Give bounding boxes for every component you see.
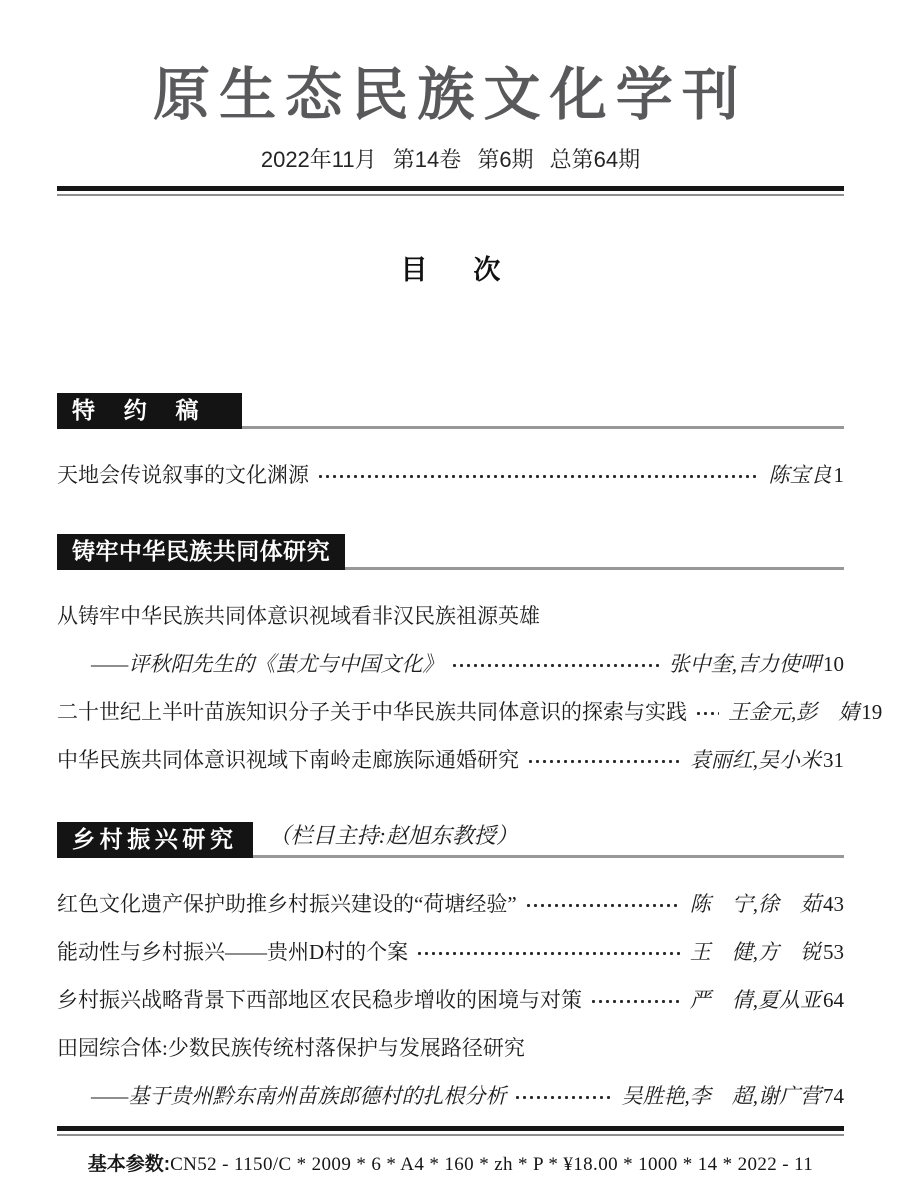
- toc-entry: 天地会传说叙事的文化渊源 陈宝良 1: [57, 460, 844, 490]
- section-host-note: （栏目主持:赵旭东教授）: [269, 819, 518, 855]
- entry-page-number: 64: [823, 985, 844, 1015]
- entry-title: 田园综合体:少数民族传统村落保护与发展路径研究: [57, 1033, 525, 1063]
- basic-parameters-value: CN52 - 1150/C * 2009 * 6 * A4 * 160 * zh…: [170, 1154, 813, 1175]
- footer-double-rule: [57, 1126, 844, 1136]
- toc-entry: 能动性与乡村振兴——贵州D村的个案 王 健,方 锐 53: [57, 937, 844, 967]
- entry-page-number: 19: [861, 697, 882, 727]
- entry-title: ——基于贵州黔东南州苗族郎德村的扎根分析: [91, 1081, 506, 1111]
- entry-authors: 袁丽红,吴小米: [690, 745, 821, 775]
- section-label: 乡村振兴研究: [57, 822, 253, 858]
- entry-authors: 吴胜艳,李 超,谢广营: [622, 1081, 822, 1111]
- section-entries: 红色文化遗产保护助推乡村振兴建设的“荷塘经验” 陈 宁,徐 茹 43 能动性与乡…: [57, 889, 844, 1111]
- section-community-studies: 铸牢中华民族共同体研究 从铸牢中华民族共同体意识视域看非汉民族祖源英雄 ——评秋…: [57, 534, 844, 775]
- entry-page-number: 74: [823, 1081, 844, 1111]
- dot-leader: [525, 893, 681, 915]
- entry-authors: 张中奎,吉力使呷: [669, 649, 821, 679]
- section-rural-revitalization: 乡村振兴研究 （栏目主持:赵旭东教授） 红色文化遗产保护助推乡村振兴建设的“荷塘…: [57, 819, 844, 1111]
- masthead-double-rule: [57, 186, 844, 196]
- entry-title: 乡村振兴战略背景下西部地区农民稳步增收的困境与对策: [57, 985, 582, 1015]
- section-entries: 天地会传说叙事的文化渊源 陈宝良 1: [57, 460, 844, 490]
- entry-authors: 王金元,彭 婧: [728, 697, 859, 727]
- toc-entry: 中华民族共同体意识视域下南岭走廊族际通婚研究 袁丽红,吴小米 31: [57, 745, 844, 775]
- dot-leader: [695, 701, 719, 723]
- entry-title: 从铸牢中华民族共同体意识视域看非汉民族祖源英雄: [57, 601, 540, 631]
- entry-title: 中华民族共同体意识视域下南岭走廊族际通婚研究: [57, 745, 519, 775]
- dot-leader: [317, 464, 760, 486]
- entry-page-number: 31: [823, 745, 844, 775]
- entry-title: 二十世纪上半叶苗族知识分子关于中华民族共同体意识的探索与实践: [57, 697, 687, 727]
- issue-line: 2022年11月 第14卷 第6期 总第64期: [57, 143, 844, 174]
- dot-leader: [590, 989, 681, 1011]
- entry-authors: 陈宝良: [769, 460, 832, 490]
- section-entries: 从铸牢中华民族共同体意识视域看非汉民族祖源英雄 ——评秋阳先生的《蚩尤与中国文化…: [57, 601, 844, 775]
- journal-title: 原生态民族文化学刊: [57, 60, 844, 131]
- journal-toc-page: 原生态民族文化学刊 2022年11月 第14卷 第6期 总第64期 目次 特约稿…: [0, 0, 901, 1191]
- section-special-contribution: 特约稿 天地会传说叙事的文化渊源 陈宝良 1: [57, 393, 844, 490]
- section-header: 铸牢中华民族共同体研究: [57, 534, 844, 570]
- entry-page-number: 10: [823, 649, 844, 679]
- entry-authors: 陈 宁,徐 茹: [690, 889, 821, 919]
- entry-authors: 王 健,方 锐: [690, 937, 821, 967]
- dot-leader: [527, 749, 681, 771]
- entry-title: 能动性与乡村振兴——贵州D村的个案: [57, 937, 408, 967]
- toc-entry: 乡村振兴战略背景下西部地区农民稳步增收的困境与对策 严 倩,夏从亚 64: [57, 985, 844, 1015]
- section-label: 铸牢中华民族共同体研究: [57, 534, 345, 570]
- entry-title: 红色文化遗产保护助推乡村振兴建设的“荷塘经验”: [57, 889, 517, 919]
- toc-entry: 红色文化遗产保护助推乡村振兴建设的“荷塘经验” 陈 宁,徐 茹 43: [57, 889, 844, 919]
- page-footer: 基本参数:CN52 - 1150/C * 2009 * 6 * A4 * 160…: [57, 1114, 844, 1183]
- toc-entry: 从铸牢中华民族共同体意识视域看非汉民族祖源英雄: [57, 601, 844, 631]
- entry-title: ——评秋阳先生的《蚩尤与中国文化》: [91, 649, 443, 679]
- dot-leader: [514, 1085, 612, 1107]
- section-header: 乡村振兴研究 （栏目主持:赵旭东教授）: [57, 819, 844, 858]
- basic-parameters-line: 基本参数:CN52 - 1150/C * 2009 * 6 * A4 * 160…: [57, 1149, 844, 1176]
- entry-page-number: 1: [834, 460, 845, 490]
- basic-parameters-label: 基本参数:: [88, 1154, 170, 1175]
- entry-authors: 严 倩,夏从亚: [690, 985, 821, 1015]
- entry-page-number: 43: [823, 889, 844, 919]
- toc-entry-subtitle: ——基于贵州黔东南州苗族郎德村的扎根分析 吴胜艳,李 超,谢广营 74: [57, 1081, 844, 1111]
- section-header: 特约稿: [57, 393, 844, 429]
- toc-entry: 二十世纪上半叶苗族知识分子关于中华民族共同体意识的探索与实践 王金元,彭 婧 1…: [57, 697, 844, 727]
- entry-title: 天地会传说叙事的文化渊源: [57, 460, 309, 490]
- toc-entry-subtitle: ——评秋阳先生的《蚩尤与中国文化》 张中奎,吉力使呷 10: [57, 649, 844, 679]
- toc-entry: 田园综合体:少数民族传统村落保护与发展路径研究: [57, 1033, 844, 1063]
- entry-page-number: 53: [823, 937, 844, 967]
- dot-leader: [451, 653, 659, 675]
- toc-heading: 目次: [57, 248, 844, 287]
- dot-leader: [416, 941, 681, 963]
- section-label: 特约稿: [57, 393, 242, 429]
